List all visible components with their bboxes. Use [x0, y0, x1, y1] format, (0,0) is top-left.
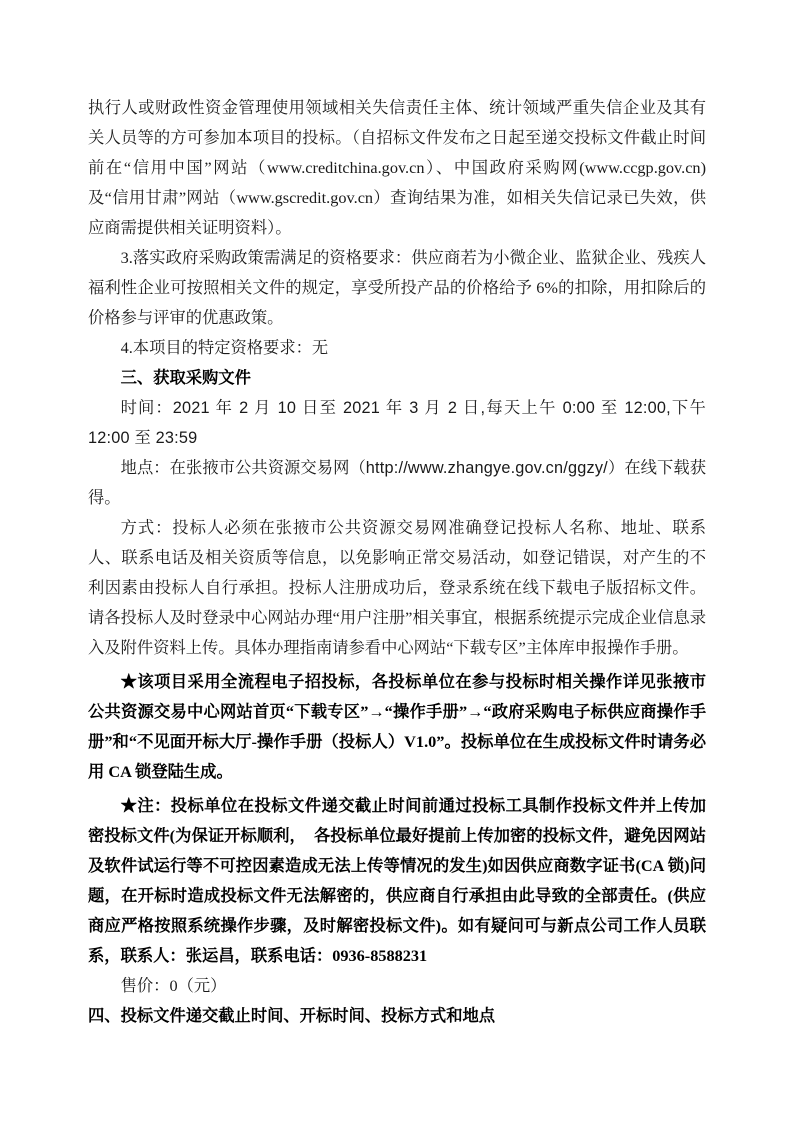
paragraph-text: 方式：投标人必须在张掖市公共资源交易网准确登记投标人名称、地址、联系人、联系电话…	[88, 518, 706, 657]
section-heading-submission-deadline: 四、投标文件递交截止时间、开标时间、投标方式和地点	[88, 1001, 706, 1031]
paragraph-star-ebidding-notice: ★该项目采用全流程电子招投标，各投标单位在参与投标时相关操作详见张掖市公共资源交…	[88, 667, 706, 787]
paragraph-text: 3.落实政府采购政策需满足的资格要求：供应商若为小微企业、监狱企业、残疾人福利性…	[88, 248, 706, 327]
paragraph-method: 方式：投标人必须在张掖市公共资源交易网准确登记投标人名称、地址、联系人、联系电话…	[88, 513, 706, 663]
paragraph-text: 售价：0（元）	[121, 976, 227, 995]
time-value: 2021 年 2 月 10 日至 2021 年 3 月 2 日,每天上午 0:0…	[88, 399, 706, 447]
paragraph-credit-check-continuation: 执行人或财政性资金管理使用领域相关失信责任主体、统计领域严重失信企业及其有关人员…	[88, 93, 706, 243]
paragraph-text: ★注：投标单位在投标文件递交截止时间前通过投标工具制作投标文件并上传加密投标文件…	[88, 796, 706, 965]
paragraph-text: ★该项目采用全流程电子招投标，各投标单位在参与投标时相关操作详见张掖市公共资源交…	[88, 672, 706, 781]
location-url: http://www.zhangye.gov.cn/ggzy/	[366, 459, 608, 477]
time-label: 时间：	[121, 398, 173, 417]
paragraph-time: 时间：2021 年 2 月 10 日至 2021 年 3 月 2 日,每天上午 …	[88, 393, 706, 453]
paragraph-text: 执行人或财政性资金管理使用领域相关失信责任主体、统计领域严重失信企业及其有关人员…	[88, 98, 706, 237]
paragraph-price: 售价：0（元）	[88, 971, 706, 1001]
location-label: 地点：在张掖市公共资源交易网（	[121, 458, 366, 477]
paragraph-star-upload-note: ★注：投标单位在投标文件递交截止时间前通过投标工具制作投标文件并上传加密投标文件…	[88, 791, 706, 971]
section-heading-obtain-documents: 三、获取采购文件	[88, 363, 706, 393]
paragraph-text: 4.本项目的特定资格要求：无	[121, 338, 329, 357]
paragraph-policy-qualification: 3.落实政府采购政策需满足的资格要求：供应商若为小微企业、监狱企业、残疾人福利性…	[88, 243, 706, 333]
document-page: 执行人或财政性资金管理使用领域相关失信责任主体、统计领域严重失信企业及其有关人员…	[0, 0, 793, 1122]
heading-text: 四、投标文件递交截止时间、开标时间、投标方式和地点	[88, 1006, 495, 1025]
paragraph-specific-qualification: 4.本项目的特定资格要求：无	[88, 333, 706, 363]
paragraph-location: 地点：在张掖市公共资源交易网（http://www.zhangye.gov.cn…	[88, 453, 706, 513]
heading-text: 三、获取采购文件	[121, 368, 251, 387]
